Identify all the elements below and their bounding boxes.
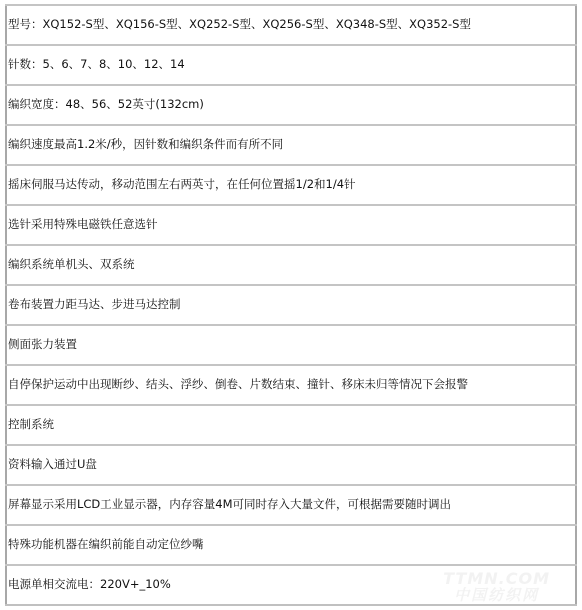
spec-cell: 特殊功能机器在编织前能自动定位纱嘴 <box>6 525 576 565</box>
spec-text: 控制系统 <box>8 417 54 431</box>
spec-row-needle-gauge: 针数：5、6、7、8、10、12、14 <box>6 45 576 85</box>
spec-cell: 控制系统 <box>6 405 576 445</box>
spec-row-auto-stop: 自停保护运动中出现断纱、结头、浮纱、倒卷、片数结束、撞针、移床未归等情况下会报警 <box>6 365 576 405</box>
spec-cell: 自停保护运动中出现断纱、结头、浮纱、倒卷、片数结束、撞针、移床未归等情况下会报警 <box>6 365 576 405</box>
spec-row-special-function: 特殊功能机器在编织前能自动定位纱嘴 <box>6 525 576 565</box>
spec-cell: 卷布装置力距马达、步进马达控制 <box>6 285 576 325</box>
spec-cell: 资料输入通过U盘 <box>6 445 576 485</box>
spec-row-take-down: 卷布装置力距马达、步进马达控制 <box>6 285 576 325</box>
spec-cell: 侧面张力装置 <box>6 325 576 365</box>
spec-text: 编织速度最高1.2米/秒，因针数和编织条件而有所不同 <box>8 137 283 151</box>
spec-cell: 电源单相交流电：220V+_10% <box>6 565 576 605</box>
spec-text: 编织宽度：48、56、52英寸(132cm) <box>8 97 204 111</box>
spec-row-control-system: 控制系统 <box>6 405 576 445</box>
spec-cell: 编织速度最高1.2米/秒，因针数和编织条件而有所不同 <box>6 125 576 165</box>
spec-text: 侧面张力装置 <box>8 337 77 351</box>
spec-cell: 屏幕显示采用LCD工业显示器，内存容量4M可同时存入大量文件，可根据需要随时调出 <box>6 485 576 525</box>
spec-text: 摇床伺服马达传动，移动范围左右两英寸，在任何位置摇1/2和1/4针 <box>8 177 356 191</box>
spec-cell: 编织宽度：48、56、52英寸(132cm) <box>6 85 576 125</box>
spec-table: 型号：XQ152-S型、XQ156-S型、XQ252-S型、XQ256-S型、X… <box>5 4 577 606</box>
spec-text: 自停保护运动中出现断纱、结头、浮纱、倒卷、片数结束、撞针、移床未归等情况下会报警 <box>8 377 468 391</box>
spec-text: 屏幕显示采用LCD工业显示器，内存容量4M可同时存入大量文件，可根据需要随时调出 <box>8 497 451 511</box>
spec-text: 资料输入通过U盘 <box>8 457 97 471</box>
spec-cell: 选针采用特殊电磁铁任意选针 <box>6 205 576 245</box>
spec-cell: 摇床伺服马达传动，移动范围左右两英寸，在任何位置摇1/2和1/4针 <box>6 165 576 205</box>
spec-row-power-supply: 电源单相交流电：220V+_10% <box>6 565 576 605</box>
spec-row-data-input: 资料输入通过U盘 <box>6 445 576 485</box>
spec-text: 电源单相交流电：220V+_10% <box>8 577 171 591</box>
spec-cell: 针数：5、6、7、8、10、12、14 <box>6 45 576 85</box>
spec-row-needle-selection: 选针采用特殊电磁铁任意选针 <box>6 205 576 245</box>
spec-text: 型号：XQ152-S型、XQ156-S型、XQ252-S型、XQ256-S型、X… <box>8 17 471 31</box>
spec-text: 选针采用特殊电磁铁任意选针 <box>8 217 158 231</box>
spec-text: 针数：5、6、7、8、10、12、14 <box>8 57 185 71</box>
spec-row-display: 屏幕显示采用LCD工业显示器，内存容量4M可同时存入大量文件，可根据需要随时调出 <box>6 485 576 525</box>
spec-cell: 型号：XQ152-S型、XQ156-S型、XQ252-S型、XQ256-S型、X… <box>6 5 576 45</box>
spec-row-side-tension: 侧面张力装置 <box>6 325 576 365</box>
spec-row-knitting-speed: 编织速度最高1.2米/秒，因针数和编织条件而有所不同 <box>6 125 576 165</box>
spec-text: 卷布装置力距马达、步进马达控制 <box>8 297 181 311</box>
spec-text: 特殊功能机器在编织前能自动定位纱嘴 <box>8 537 204 551</box>
spec-text: 编织系统单机头、双系统 <box>8 257 135 271</box>
spec-row-knitting-width: 编织宽度：48、56、52英寸(132cm) <box>6 85 576 125</box>
spec-row-racking: 摇床伺服马达传动，移动范围左右两英寸，在任何位置摇1/2和1/4针 <box>6 165 576 205</box>
spec-row-knitting-system: 编织系统单机头、双系统 <box>6 245 576 285</box>
spec-row-model: 型号：XQ152-S型、XQ156-S型、XQ252-S型、XQ256-S型、X… <box>6 5 576 45</box>
spec-cell: 编织系统单机头、双系统 <box>6 245 576 285</box>
